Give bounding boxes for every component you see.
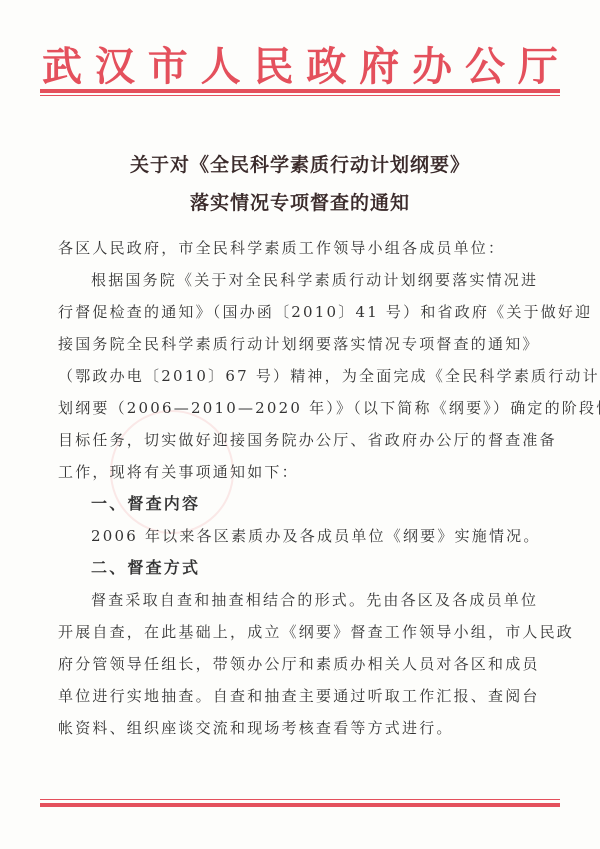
body-line: 督查采取自查和抽查相结合的形式。先由各区及各成员单位	[58, 584, 558, 616]
document-title-line-2: 落实情况专项督查的通知	[0, 188, 600, 215]
body-line: 2006 年以来各区素质办及各成员单位《纲要》实施情况。	[58, 520, 558, 552]
masthead-char: 汉	[93, 35, 137, 92]
body-line: 接国务院全民科学素质行动计划纲要落实情况专项督查的通知》	[58, 328, 558, 360]
masthead-char: 民	[252, 35, 296, 92]
masthead-rule-thin	[40, 95, 560, 96]
masthead-char: 武	[40, 35, 84, 92]
issuer-masthead: 武 汉 市 人 民 政 府 办 公 厅	[40, 38, 560, 88]
masthead-rule-thick	[40, 89, 560, 93]
masthead-char: 市	[146, 35, 190, 92]
body-line: 单位进行实地抽查。自查和抽查主要通过听取工作汇报、查阅台	[58, 680, 558, 712]
masthead-char: 府	[357, 35, 401, 92]
salutation: 各区人民政府，市全民科学素质工作领导小组各成员单位：	[58, 232, 558, 264]
body-line: 府分管领导任组长，带领办公厅和素质办相关人员对各区和成员	[58, 648, 558, 680]
document-body: 各区人民政府，市全民科学素质工作领导小组各成员单位： 根据国务院《关于对全民科学…	[58, 232, 558, 744]
body-line: 帐资料、组织座谈交流和现场考核查看等方式进行。	[58, 712, 558, 744]
masthead-char: 人	[199, 35, 243, 92]
body-line: 开展自查，在此基础上，成立《纲要》督查工作领导小组，市人民政	[58, 616, 558, 648]
body-line: 工作，现将有关事项通知如下：	[58, 456, 558, 488]
document-title-line-1: 关于对《全民科学素质行动计划纲要》	[0, 150, 600, 177]
body-line: （鄂政办电〔2010〕67 号）精神，为全面完成《全民科学素质行动计	[58, 360, 558, 392]
body-line: 行督促检查的通知》（国办函〔2010〕41 号）和省政府《关于做好迎	[58, 296, 558, 328]
masthead-char: 政	[304, 35, 348, 92]
body-line: 划纲要（2006—2010—2020 年）》（以下简称《纲要》）确定的阶段性	[58, 392, 558, 424]
body-line: 根据国务院《关于对全民科学素质行动计划纲要落实情况进	[58, 264, 558, 296]
footer-rule-thick	[40, 803, 560, 807]
masthead-char: 办	[410, 35, 454, 92]
masthead-char: 公	[463, 35, 507, 92]
section-heading-method: 二、督查方式	[58, 552, 558, 584]
body-line: 目标任务，切实做好迎接国务院办公厅、省政府办公厅的督查准备	[58, 424, 558, 456]
section-heading-content: 一、督查内容	[58, 488, 558, 520]
footer-rule-thin	[40, 799, 560, 800]
masthead-char: 厅	[516, 35, 560, 92]
